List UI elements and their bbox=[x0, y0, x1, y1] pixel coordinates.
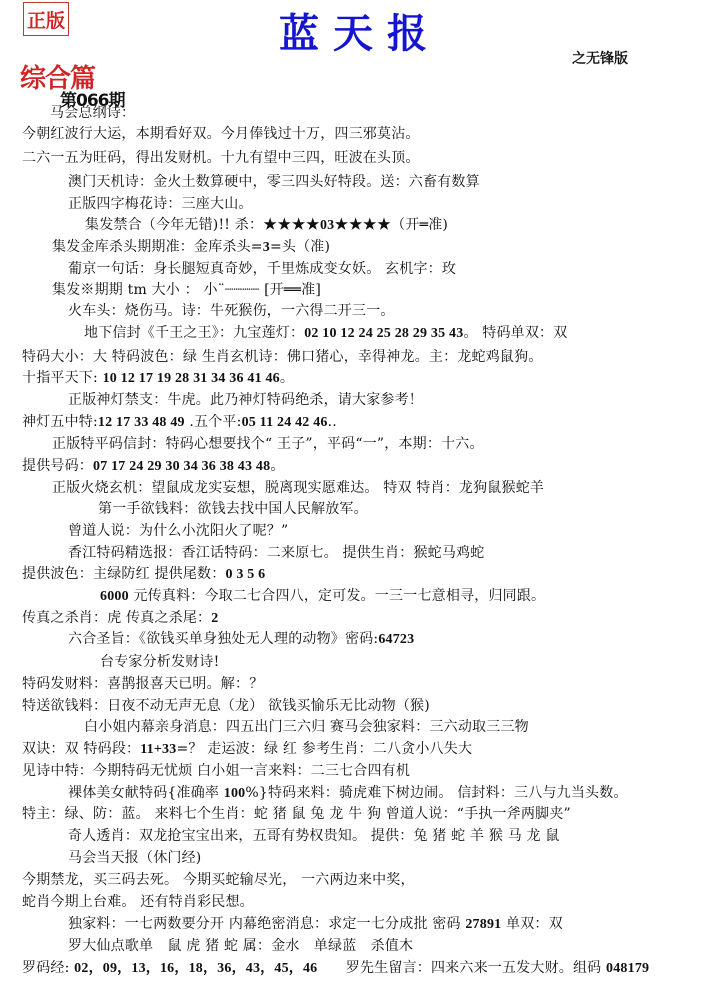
text-line: 正版神灯禁支：牛虎。此乃神灯特码绝杀，请大家参考！ bbox=[68, 391, 423, 409]
newspaper-title: 蓝天报 bbox=[250, 2, 470, 59]
text-line: 见诗中特：今期特码无忧烦 白小姐一言来料：二三七合四有机 bbox=[22, 762, 410, 780]
text-line: 独家料：一七两数要分开 内幕绝密消息：求定一七分成批 密码 27891 单双：双 bbox=[68, 915, 563, 934]
text-line: 正版火烧玄机：望鼠成龙实妄想，脱离现实愿难达。 特双 特肖：龙狗鼠猴蛇羊 bbox=[52, 479, 544, 497]
text-line: 白小姐内幕亲身消息：四五出门三六归 赛马会独家料：三六动取三三物 bbox=[84, 718, 529, 736]
text-line: 提供波色：主绿防红 提供尾数：0 3 5 6 bbox=[22, 565, 265, 584]
text-line: 集发※期期 tm 大小 ： 小¨┈┈┈┈ [开══准] bbox=[52, 281, 321, 299]
text-line: 神灯五中特:12 17 33 48 49 .五个平:05 11 24 42 46… bbox=[22, 413, 337, 432]
text-line: 台专家分析发财诗! bbox=[100, 653, 219, 671]
text-line: 今朝红波行大运，本期看好双。今月俸钱过十万，四三邪莫沾。 bbox=[22, 125, 420, 143]
authentic-edition-stamp: 正版 bbox=[23, 2, 69, 36]
text-line: 集发禁合（今年无错)!! 杀：★★★★03★★★★（开═准) bbox=[85, 216, 448, 235]
text-line: 裸体美女献特码{准确率 100%}特码来料：骑虎难下树边闹。 信封料：三八与九当… bbox=[68, 784, 628, 803]
text-line: 特主：绿、防：蓝。 来料七个生肖：蛇 猪 鼠 兔 龙 牛 狗 曾道人说：“手执一… bbox=[22, 805, 571, 823]
text-line: 奇人透肖：双龙抢宝宝出来，五哥有势权贵知。 提供：兔 猪 蛇 羊 猴 马 龙 鼠 bbox=[68, 827, 560, 845]
text-line: 双诀：双 特码段：11+33=？ 走运波：绿 红 参考生肖：二八贪小八失大 bbox=[22, 740, 472, 759]
text-line: 提供号码：07 17 24 29 30 34 36 38 43 48。 bbox=[22, 457, 285, 476]
text-line: 二六一五为旺码，得出发财机。十九有望中三四，旺波在头顶。 bbox=[22, 149, 420, 167]
text-line: 第一手欲钱料：欲钱去找中国人民解放军。 bbox=[98, 500, 368, 518]
text-line: 曾道人说：为什么小沈阳火了呢？” bbox=[68, 522, 288, 540]
text-line: 十指平天下: 10 12 17 19 28 31 34 36 41 46。 bbox=[22, 369, 294, 388]
text-line: 火车头：烧伤马。诗：牛死猴伤，一六得二开三一。 bbox=[68, 302, 395, 320]
text-line: 传真之杀肖：虎 传真之杀尾：2 bbox=[22, 609, 218, 628]
text-line: 今期禁龙，买三码去死。 今期买蛇输尽光， 一六两边来中奖， bbox=[22, 871, 415, 889]
text-line: 特送欲钱料：日夜不动无声无息（龙） 欲钱买愉乐无比动物（猴) bbox=[22, 697, 430, 715]
text-line: 集发金库杀头期期准：金库杀头=3=头（准) bbox=[52, 238, 330, 257]
text-line: 澳门天机诗：金火土数算硬中，零三四头好特段。送：六畜有数算 bbox=[68, 173, 480, 191]
text-line: 马会当天报（休门经) bbox=[68, 849, 201, 867]
text-line: 罗码经: 02，09，13，16，18，36，43，45，46 罗先生留言：四来… bbox=[22, 959, 649, 978]
text-line: 蛇肖今期上台难。 还有特肖彩民想。 bbox=[22, 893, 254, 911]
text-line: 马会总纲诗： bbox=[50, 104, 135, 122]
text-line: 正版特平码信封：特码心想要找个“ 王子”，平码“一”，本期：十六。 bbox=[52, 435, 484, 453]
text-line: 香江特码精选报：香江话特码：二来原七。 提供生肖：猴蛇马鸡蛇 bbox=[68, 544, 484, 562]
text-line: 葡京一句话：身长腿短真奇妙，千里炼成变女妖。 玄机字：玫 bbox=[68, 260, 456, 278]
text-line: 罗大仙点歌单 鼠 虎 猪 蛇 属：金水 单绿蓝 杀值木 bbox=[68, 937, 413, 955]
text-line: 特码大小：大 特码波色：绿 生肖玄机诗：佛口猪心，幸得神龙。主：龙蛇鸡鼠狗。 bbox=[22, 348, 543, 366]
edition-label: 之无锋版 bbox=[572, 48, 628, 68]
text-line: 六合圣旨：《欲钱买单身独处无人理的动物》密码:64723 bbox=[68, 630, 414, 649]
text-line: 正版四字梅花诗：三座大山。 bbox=[68, 195, 253, 213]
text-line: 6000 元传真料：今取二七合四八，定可发。一三一七意相寻，归同跟。 bbox=[100, 587, 545, 606]
text-line: 地下信封《千王之王》：九宝莲灯：02 10 12 24 25 28 29 35 … bbox=[84, 324, 567, 343]
text-line: 特码发财料：喜鹊报喜天已明。解：？ bbox=[22, 675, 263, 693]
